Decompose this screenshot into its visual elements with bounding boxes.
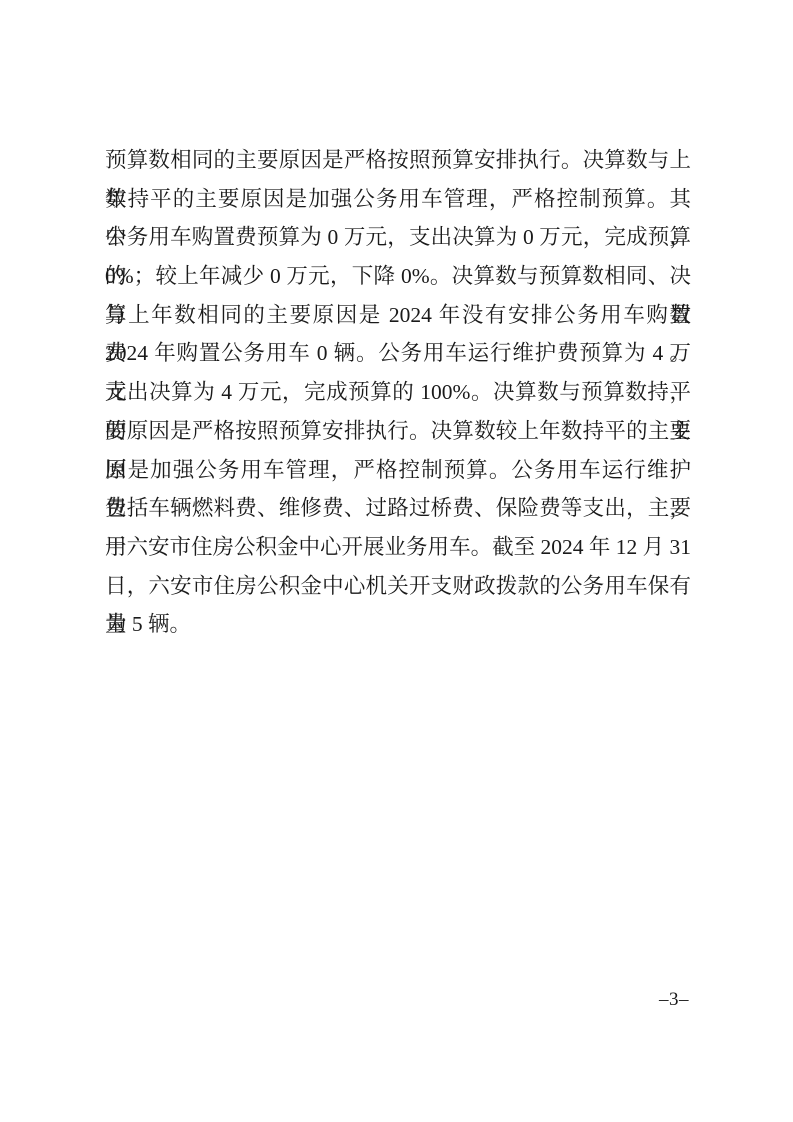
paragraph-line: 数持平的主要原因是加强公务用车管理，严格控制预算。其中， — [105, 180, 691, 219]
paragraph-line: 于六安市住房公积金中心开展业务用车。截至 2024 年 12 月 31 — [105, 528, 691, 567]
paragraph-line: 0%；较上年减少 0 万元，下降 0%。决算数与预算数相同、决算数 — [105, 257, 691, 296]
paragraph-line: 要原因是严格按照预算安排执行。决算数较上年数持平的主要原 — [105, 412, 691, 451]
paragraph-line: 公务用车购置费预算为 0 万元，支出决算为 0 万元，完成预算的 — [105, 218, 691, 257]
body-paragraph: 预算数相同的主要原因是严格按照预算安排执行。决算数与上年 数持平的主要原因是加强… — [105, 141, 691, 644]
paragraph-line: 日，六安市住房公积金中心机关开支财政拨款的公务用车保有量 — [105, 567, 691, 606]
page-number: –3– — [659, 990, 689, 1010]
document-page: 预算数相同的主要原因是严格按照预算安排执行。决算数与上年 数持平的主要原因是加强… — [0, 0, 793, 1122]
paragraph-line: 2024 年购置公务用车 0 辆。公务用车运行维护费预算为 4 万元， — [105, 334, 691, 373]
paragraph-line: 预算数相同的主要原因是严格按照预算安排执行。决算数与上年 — [105, 141, 691, 180]
paragraph-line: 包括车辆燃料费、维修费、过路过桥费、保险费等支出，主要用 — [105, 489, 691, 528]
paragraph-line-last: 为 5 辆。 — [105, 605, 691, 644]
paragraph-line: 因是加强公务用车管理，严格控制预算。公务用车运行维护费， — [105, 451, 691, 490]
paragraph-line: 支出决算为 4 万元，完成预算的 100%。决算数与预算数持平的主 — [105, 373, 691, 412]
paragraph-line: 与上年数相同的主要原因是 2024 年没有安排公务用车购置费。 — [105, 296, 691, 335]
